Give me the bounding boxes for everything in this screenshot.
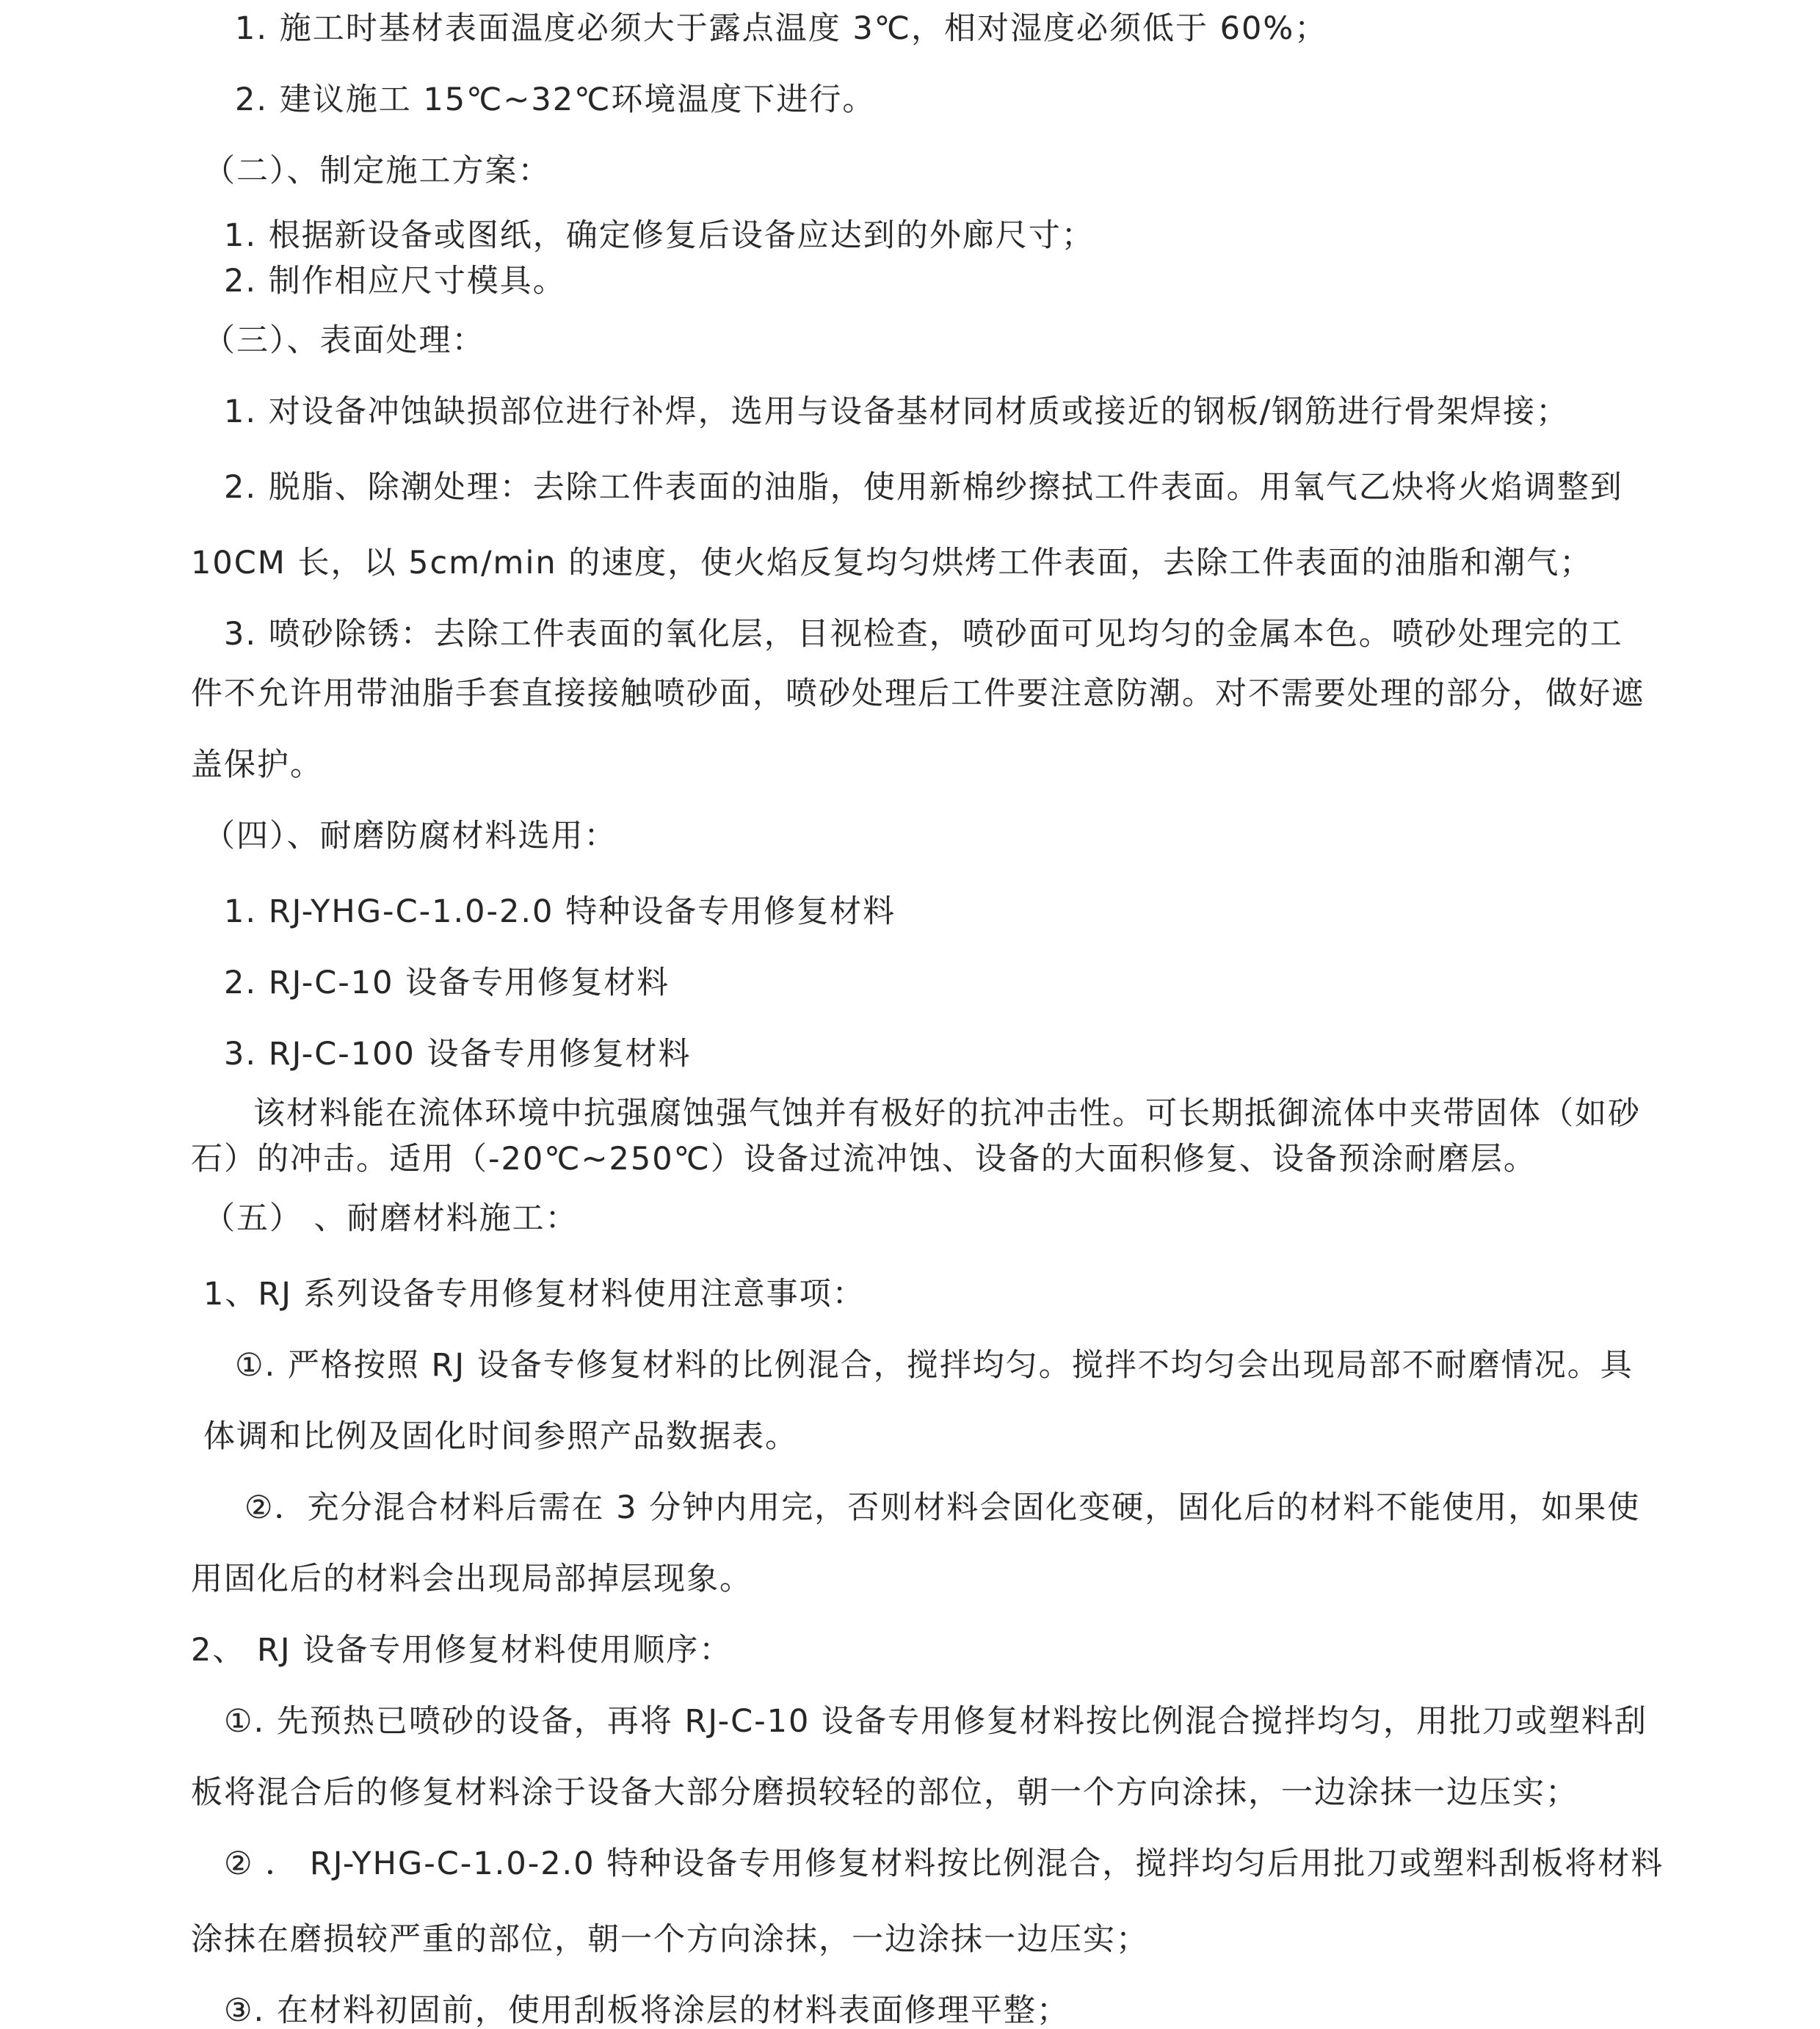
text-line: 体调和比例及固化时间参照产品数据表。 [203, 1419, 1644, 1454]
text-line: （四）、耐磨防腐材料选用： [203, 819, 1644, 854]
text-line: 1. 根据新设备或图纸，确定修复后设备应达到的外廊尺寸； [224, 218, 1644, 253]
text-line: 1. RJ-YHG-C-1.0-2.0 特种设备专用修复材料 [224, 894, 1644, 929]
text-line: 2、 RJ 设备专用修复材料使用顺序： [191, 1633, 1644, 1668]
text-line: ①. 先预热已喷砂的设备，再将 RJ-C-10 设备专用修复材料按比例混合搅拌均… [224, 1704, 1644, 1739]
text-line: 2. 制作相应尺寸模具。 [224, 264, 1644, 299]
text-line: 10CM 长，以 5cm/min 的速度，使火焰反复均匀烘烤工件表面，去除工件表… [191, 545, 1644, 581]
text-line: ①. 严格按照 RJ 设备专修复材料的比例混合，搅拌均匀。搅拌不均匀会出现局部不… [235, 1348, 1644, 1383]
text-line: ③. 在材料初固前，使用刮板将涂层的材料表面修理平整； [224, 1993, 1644, 2028]
text-line: 涂抹在磨损较严重的部位，朝一个方向涂抹，一边涂抹一边压实； [191, 1922, 1644, 1957]
text-line: 2. RJ-C-10 设备专用修复材料 [224, 965, 1644, 1001]
text-line: ② ． RJ-YHG-C-1.0-2.0 特种设备专用修复材料按比例混合，搅拌均… [224, 1846, 1644, 1881]
text-line: 石）的冲击。适用（-20℃~250℃）设备过流冲蚀、设备的大面积修复、设备预涂耐… [191, 1141, 1644, 1177]
text-line: 2. 脱脂、除潮处理：去除工件表面的油脂，使用新棉纱擦拭工件表面。用氧气乙炔将火… [224, 470, 1644, 505]
text-line: （五） 、耐磨材料施工： [203, 1201, 1644, 1236]
text-line: 板将混合后的修复材料涂于设备大部分磨损较轻的部位，朝一个方向涂抹，一边涂抹一边压… [191, 1775, 1644, 1810]
text-line: （二）、制定施工方案： [203, 153, 1644, 189]
text-line: 1. 施工时基材表面温度必须大于露点温度 3℃，相对湿度必须低于 60%； [235, 11, 1644, 46]
text-line: 1. 对设备冲蚀缺损部位进行补焊，选用与设备基材同材质或接近的钢板/钢筋进行骨架… [224, 394, 1644, 429]
text-line: 件不允许用带油脂手套直接接触喷砂面，喷砂处理后工件要注意防潮。对不需要处理的部分… [191, 676, 1644, 711]
text-line: 盖保护。 [191, 747, 1644, 783]
text-line: 1、RJ 系列设备专用修复材料使用注意事项： [203, 1277, 1644, 1312]
text-line: 3. 喷砂除锈：去除工件表面的氧化层，目视检查，喷砂面可见均匀的金属本色。喷砂处… [224, 617, 1644, 652]
text-line: 2. 建议施工 15℃~32℃环境温度下进行。 [235, 82, 1644, 117]
text-line: ②．充分混合材料后需在 3 分钟内用完，否则材料会固化变硬，固化后的材料不能使用… [244, 1490, 1644, 1525]
text-line: （三）、表面处理： [203, 323, 1644, 358]
text-line: 用固化后的材料会出现局部掉层现象。 [191, 1561, 1644, 1597]
text-line: 该材料能在流体环境中抗强腐蚀强气蚀并有极好的抗冲击性。可长期抵御流体中夹带固体（… [253, 1096, 1644, 1131]
text-line: 3. RJ-C-100 设备专用修复材料 [224, 1037, 1644, 1072]
document-page: 1. 施工时基材表面温度必须大于露点温度 3℃，相对湿度必须低于 60%；2. … [0, 0, 1820, 2029]
